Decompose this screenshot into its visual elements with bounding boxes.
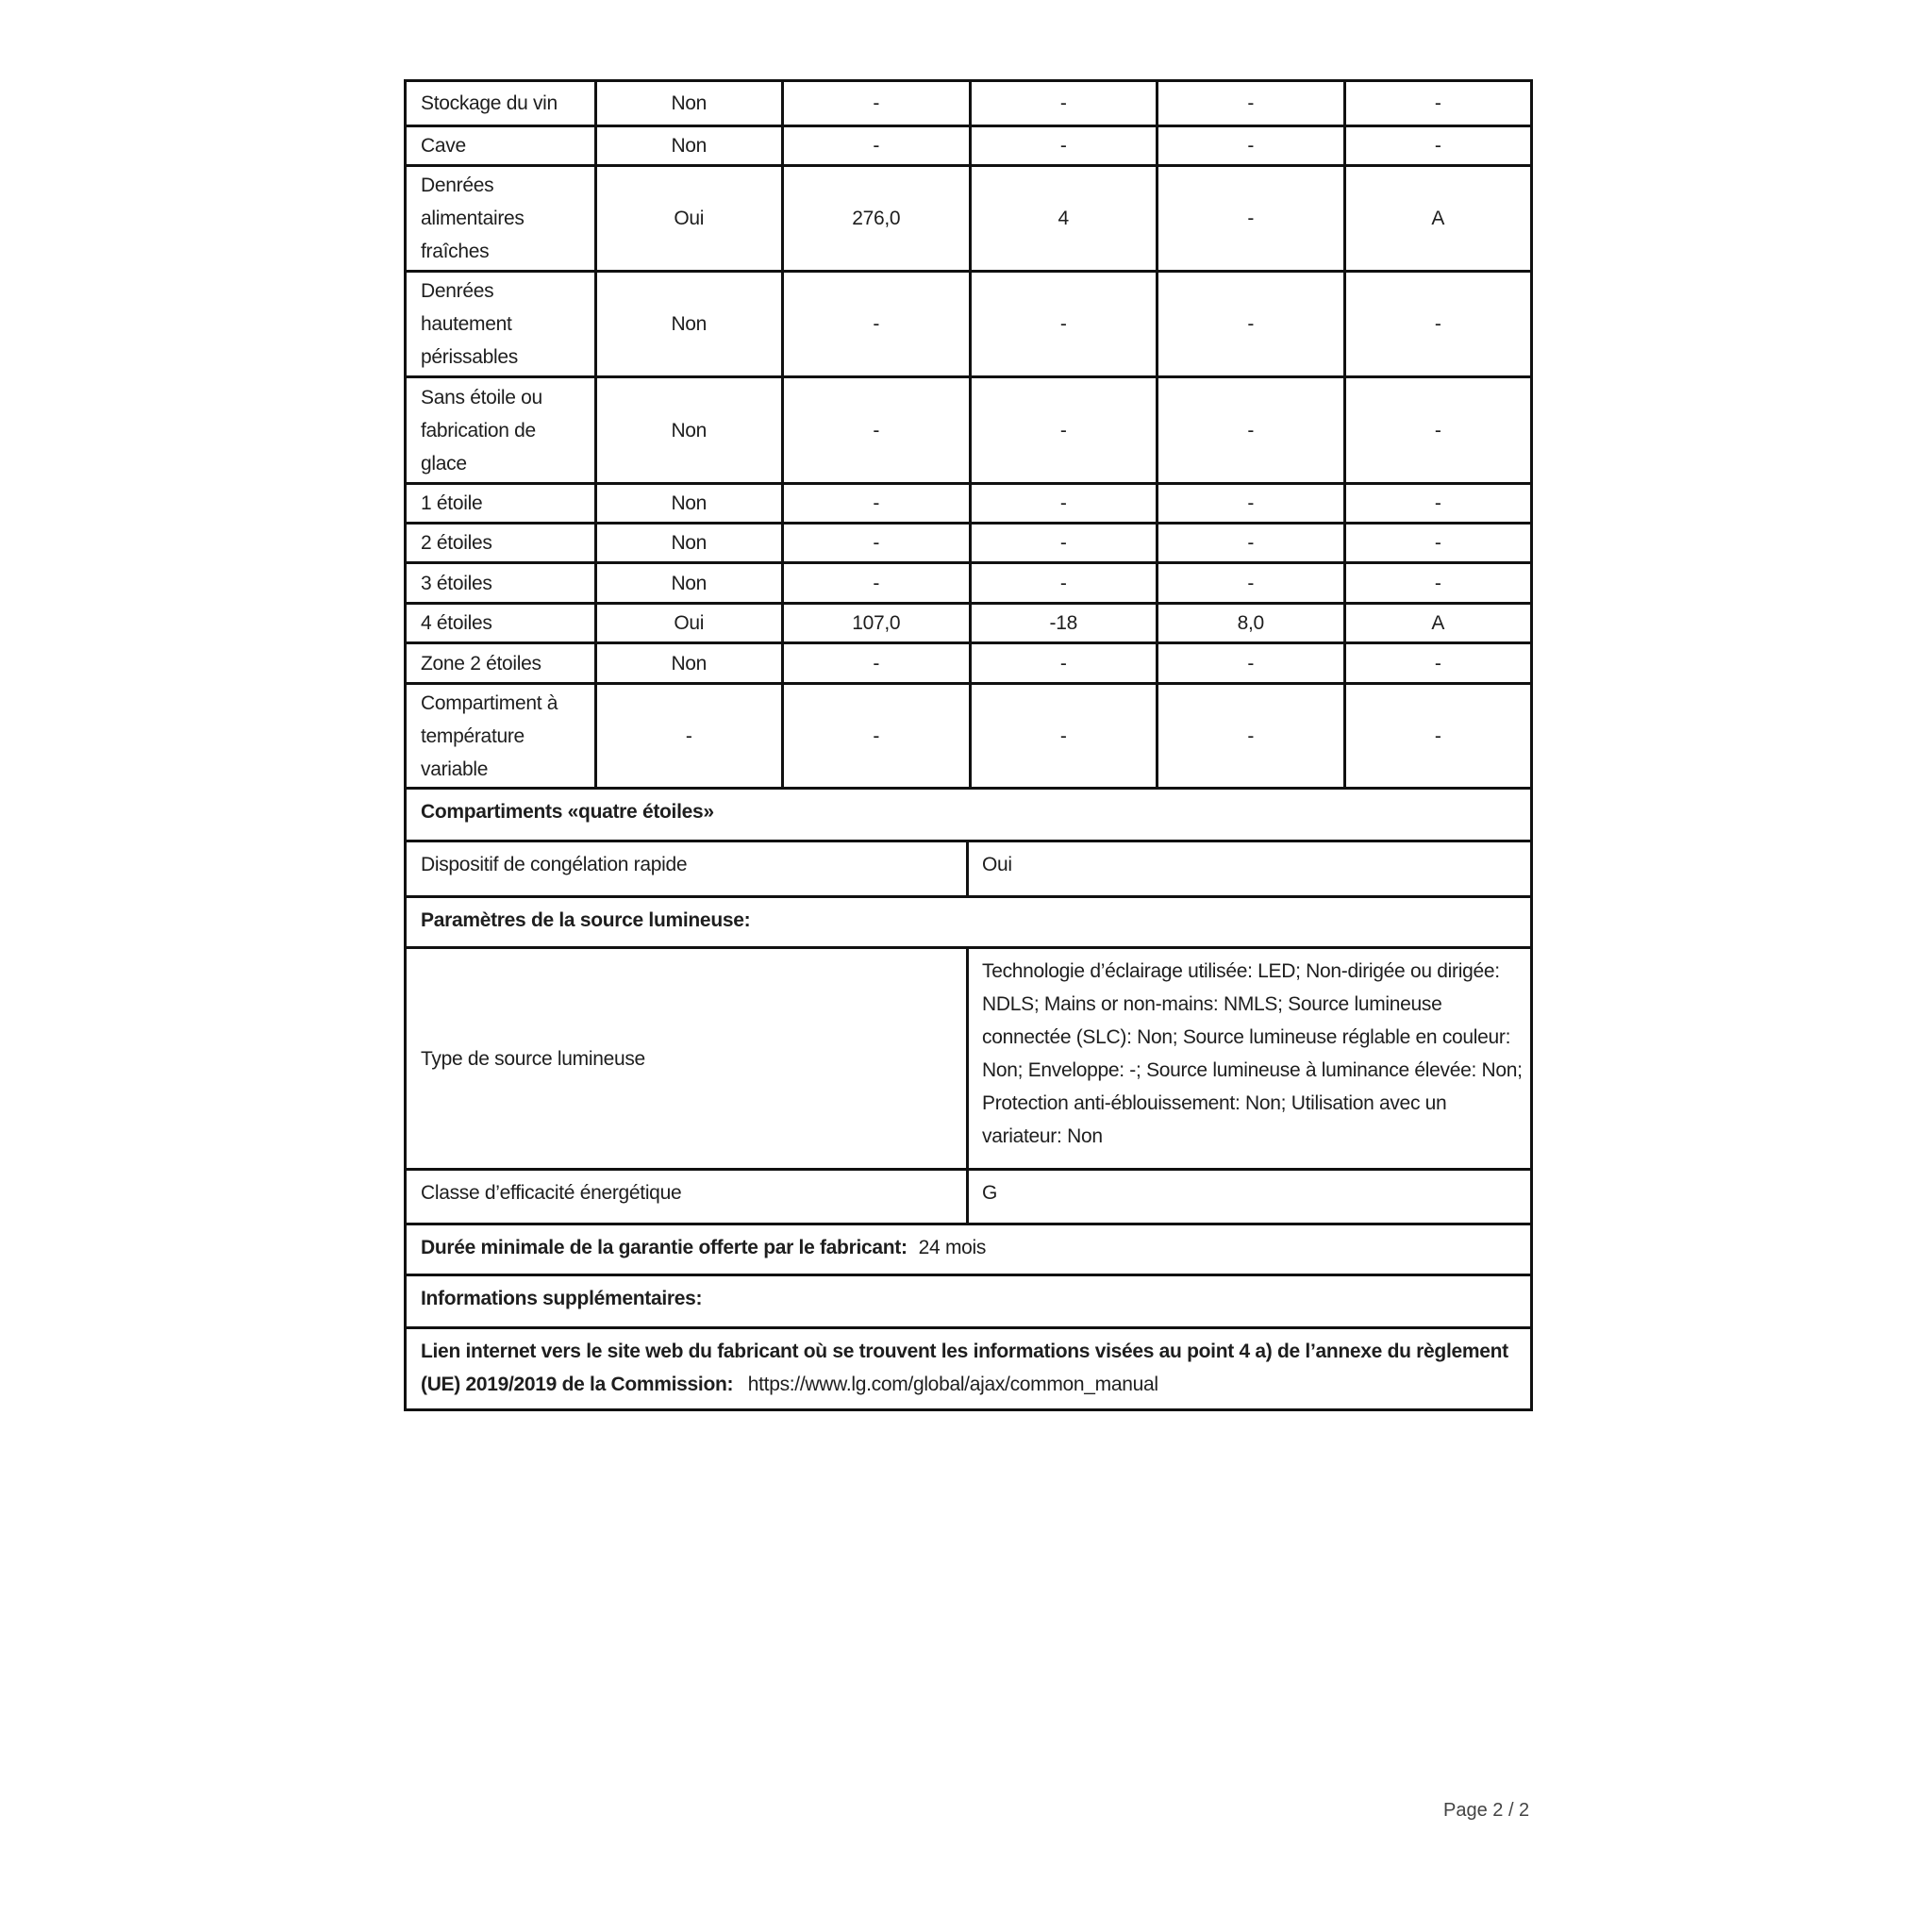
table-row: Type de source lumineuse Technologie d’é… [407,946,1530,1168]
compartment-present: Non [594,525,782,561]
compartment-name: Denrées hautement périssables [407,273,594,375]
fast-freeze-value: Oui [966,842,1530,895]
document-page: Stockage du vin Non - - - - Cave Non - -… [0,0,1932,1932]
table-row: Stockage du vin Non - - - - [407,82,1530,125]
compartment-defrost: - [1343,525,1531,561]
compartment-freezing-capacity: - [1156,525,1343,561]
table-row: Denrées hautement périssables Non - - - … [407,270,1530,375]
table-row: Classe d’efficacité énergétique G [407,1168,1530,1223]
compartment-temperature: - [969,685,1157,787]
compartment-present: Oui [594,167,782,270]
compartment-freezing-capacity: 8,0 [1156,605,1343,641]
compartment-temperature: - [969,564,1157,602]
light-source-type-value: Technologie d’éclairage utilisée: LED; N… [966,949,1530,1168]
compartment-volume: 276,0 [781,167,969,270]
compartment-volume: - [781,82,969,125]
compartment-present: Non [594,273,782,375]
compartment-name: 2 étoiles [407,525,594,561]
compartment-volume: - [781,273,969,375]
fast-freeze-label: Dispositif de congélation rapide [407,842,966,895]
compartment-name: 3 étoiles [407,564,594,602]
compartment-freezing-capacity: - [1156,167,1343,270]
compartment-defrost: - [1343,82,1531,125]
table-row: 3 étoiles Non - - - - [407,561,1530,602]
compartment-name: Stockage du vin [407,82,594,125]
manufacturer-link-url[interactable]: https://www.lg.com/global/ajax/common_ma… [748,1374,1158,1395]
compartment-freezing-capacity: - [1156,485,1343,522]
compartment-temperature: - [969,485,1157,522]
compartment-volume: - [781,127,969,164]
compartment-volume: - [781,564,969,602]
additional-info-heading: Informations supplémentaires: [407,1276,1530,1326]
compartment-freezing-capacity: - [1156,273,1343,375]
compartment-defrost: - [1343,485,1531,522]
compartment-volume: - [781,525,969,561]
compartment-name: Sans étoile ou fabrication de glace [407,378,594,482]
light-source-type-label: Type de source lumineuse [407,949,966,1168]
compartment-present: Non [594,378,782,482]
compartment-freezing-capacity: - [1156,127,1343,164]
compartment-name: 1 étoile [407,485,594,522]
compartment-defrost: - [1343,273,1531,375]
table-row: 2 étoiles Non - - - - [407,522,1530,561]
compartment-temperature: - [969,378,1157,482]
compartment-present: Non [594,644,782,682]
table-row: Dispositif de congélation rapide Oui [407,840,1530,895]
manufacturer-link-cell: Lien internet vers le site web du fabric… [407,1329,1530,1408]
warranty-cell: Durée minimale de la garantie offerte pa… [407,1225,1530,1274]
compartment-defrost: - [1343,644,1531,682]
compartment-temperature: - [969,82,1157,125]
compartment-volume: 107,0 [781,605,969,641]
compartment-present: Non [594,564,782,602]
warranty-label: Durée minimale de la garantie offerte pa… [421,1231,908,1264]
compartment-freezing-capacity: - [1156,378,1343,482]
compartment-defrost: A [1343,167,1531,270]
compartment-present: Non [594,485,782,522]
compartment-defrost: - [1343,685,1531,787]
section-heading-row: Paramètres de la source lumineuse: [407,895,1530,946]
compartment-present: - [594,685,782,787]
compartment-defrost: - [1343,378,1531,482]
table-row: 4 étoiles Oui 107,0 -18 8,0 A [407,602,1530,641]
compartment-present: Non [594,82,782,125]
compartment-defrost: - [1343,564,1531,602]
compartment-freezing-capacity: - [1156,82,1343,125]
compartment-present: Non [594,127,782,164]
compartment-temperature: - [969,273,1157,375]
four-star-heading: Compartiments «quatre étoiles» [407,790,1530,840]
compartment-freezing-capacity: - [1156,564,1343,602]
compartment-volume: - [781,685,969,787]
table-row: Denrées alimentaires fraîches Oui 276,0 … [407,164,1530,270]
compartment-name: Denrées alimentaires fraîches [407,167,594,270]
table-row: 1 étoile Non - - - - [407,482,1530,522]
product-info-table: Stockage du vin Non - - - - Cave Non - -… [404,79,1533,1411]
compartment-temperature: -18 [969,605,1157,641]
table-row: Durée minimale de la garantie offerte pa… [407,1223,1530,1274]
compartment-defrost: A [1343,605,1531,641]
table-row: Lien internet vers le site web du fabric… [407,1326,1530,1408]
compartment-name: Zone 2 étoiles [407,644,594,682]
page-number: Page 2 / 2 [1443,1800,1529,1822]
compartment-freezing-capacity: - [1156,644,1343,682]
table-row: Compartiment à température variable - - … [407,682,1530,787]
light-source-heading: Paramètres de la source lumineuse: [407,898,1530,946]
compartment-temperature: - [969,644,1157,682]
compartment-name: Compartiment à température variable [407,685,594,787]
compartment-volume: - [781,485,969,522]
section-heading-row: Compartiments «quatre étoiles» [407,787,1530,840]
compartment-temperature: - [969,525,1157,561]
energy-class-value: G [966,1171,1530,1223]
energy-class-label: Classe d’efficacité énergétique [407,1171,966,1223]
section-heading-row: Informations supplémentaires: [407,1274,1530,1326]
table-row: Sans étoile ou fabrication de glace Non … [407,375,1530,482]
compartment-defrost: - [1343,127,1531,164]
warranty-value: 24 mois [919,1231,986,1264]
compartment-name: 4 étoiles [407,605,594,641]
compartment-volume: - [781,378,969,482]
compartment-temperature: - [969,127,1157,164]
compartment-temperature: 4 [969,167,1157,270]
table-row: Cave Non - - - - [407,125,1530,164]
compartment-name: Cave [407,127,594,164]
table-row: Zone 2 étoiles Non - - - - [407,641,1530,682]
compartment-present: Oui [594,605,782,641]
compartment-freezing-capacity: - [1156,685,1343,787]
compartment-volume: - [781,644,969,682]
